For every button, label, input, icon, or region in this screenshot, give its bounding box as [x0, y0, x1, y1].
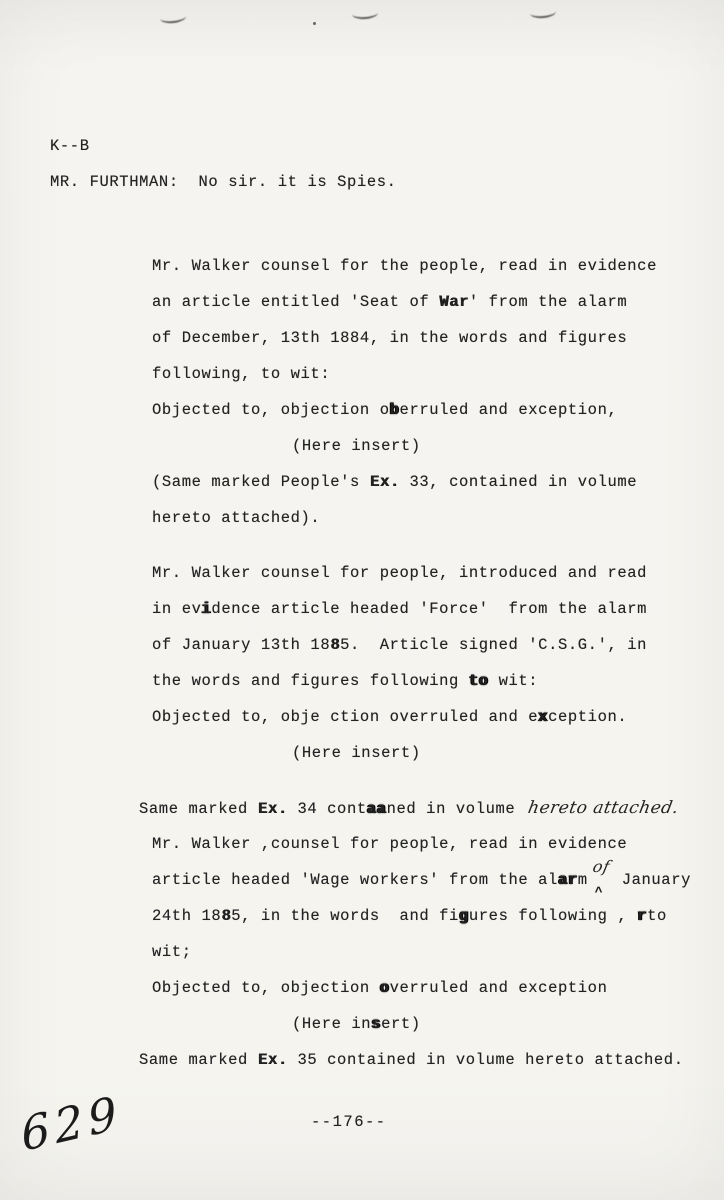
text-line: of December, 13th 1884, in the words and… — [152, 320, 724, 356]
text-line: Same marked Ex. 35 contained in volume h… — [139, 1042, 724, 1078]
handwritten-insertion: of^ — [588, 862, 622, 898]
text-segment: wit: — [489, 672, 539, 690]
text-line: in evidence article headed 'Force' from … — [152, 591, 724, 627]
text-line: (Here insert) — [292, 735, 724, 771]
text-segment: 33, contained in volume — [400, 473, 638, 491]
text-segment: January — [622, 871, 691, 889]
text-segment: s — [371, 1015, 381, 1033]
text-segment: article headed 'Wage workers' from the a… — [152, 871, 558, 889]
text-line: (Here insert) — [292, 428, 724, 464]
text-line: of January 13th 1885. Article signed 'C.… — [152, 627, 724, 663]
text-segment: War — [439, 293, 469, 311]
text-segment: 8 — [221, 907, 231, 925]
text-segment: Same marked — [139, 800, 258, 818]
text-segment: x — [538, 708, 548, 726]
page-number: --176-- — [311, 1104, 387, 1140]
text-segment: Same marked — [139, 1051, 258, 1069]
text-segment: to — [469, 672, 489, 690]
text-segment: MR. FURTHMAN: No sir. it is Spies. — [50, 173, 397, 191]
text-segment: m — [578, 871, 588, 889]
text-segment: 5, in the words and fi — [231, 907, 459, 925]
text-segment: 24th 18 — [152, 907, 221, 925]
text-line: Objected to, objection oberruled and exc… — [152, 392, 724, 428]
text-segment: g — [459, 907, 469, 925]
text-line: wit; — [152, 934, 724, 970]
text-segment: (Same marked People's — [152, 473, 370, 491]
text-segment: an article entitled 'Seat of — [152, 293, 439, 311]
text-segment: in ev — [152, 600, 202, 618]
text-segment: verruled and exception — [390, 979, 608, 997]
text-line: Mr. Walker ,counsel for people, read in … — [152, 826, 724, 862]
text-segment: ar — [558, 871, 578, 889]
text-line: hereto attached). — [152, 500, 724, 536]
text-line: Objected to, objection overruled and exc… — [152, 970, 724, 1006]
text-segment: (Here insert) — [292, 744, 421, 762]
text-segment: K--B — [50, 137, 90, 155]
text-segment: ' from the alarm — [469, 293, 627, 311]
text-segment: Ex. — [258, 1051, 288, 1069]
text-segment: wit; — [152, 943, 192, 961]
text-line: Mr. Walker counsel for people, introduce… — [152, 555, 724, 591]
text-segment: to — [647, 907, 667, 925]
text-segment: Mr. Walker counsel for the people, read … — [152, 257, 657, 275]
text-segment: 35 contained in volume hereto attached. — [288, 1051, 684, 1069]
text-segment: ception. — [548, 708, 627, 726]
text-segment: r — [637, 907, 647, 925]
text-line: (Here insert) — [292, 1006, 724, 1042]
text-segment: following, to wit: — [152, 365, 330, 383]
text-segment: Objected to, objection o — [152, 401, 390, 419]
text-segment: the words and figures following — [152, 672, 469, 690]
text-segment: Ex. — [258, 800, 288, 818]
text-line: K--B — [50, 128, 724, 164]
text-line: the words and figures following to wit: — [152, 663, 724, 699]
text-segment: ert) — [381, 1015, 421, 1033]
text-segment: 34 cont — [288, 800, 367, 818]
text-line: 24th 1885, in the words and figures foll… — [152, 898, 724, 934]
text-line: article headed 'Wage workers' from the a… — [152, 862, 724, 898]
text-segment: ures following , — [469, 907, 637, 925]
caret-mark: ^ — [595, 875, 603, 911]
text-line: Mr. Walker counsel for the people, read … — [152, 248, 724, 284]
text-segment: Objected to, objection — [152, 979, 380, 997]
text-line: MR. FURTHMAN: No sir. it is Spies. — [50, 164, 724, 200]
text-segment: Objected to, obje ction overruled and e — [152, 708, 538, 726]
text-segment: aa — [367, 800, 387, 818]
text-line: an article entitled 'Seat of War' from t… — [152, 284, 724, 320]
handwritten-note: hereto attached. — [525, 790, 682, 826]
text-line: (Same marked People's Ex. 33, contained … — [152, 464, 724, 500]
text-segment: Mr. Walker counsel for people, introduce… — [152, 564, 647, 582]
text-segment: Ex. — [370, 473, 400, 491]
text-segment: erruled and exception, — [400, 401, 618, 419]
text-segment: (Here insert) — [292, 437, 421, 455]
text-segment: dence article headed 'Force' from the al… — [211, 600, 647, 618]
text-segment: i — [202, 600, 212, 618]
ink-speck — [313, 22, 316, 25]
text-segment: of December, 13th 1884, in the words and… — [152, 329, 627, 347]
text-segment: 8 — [330, 636, 340, 654]
text-line: following, to wit: — [152, 356, 724, 392]
handwritten-folio-number: 629 — [18, 1085, 125, 1162]
text-segment: (Here in — [292, 1015, 371, 1033]
text-segment: of January 13th 18 — [152, 636, 330, 654]
text-line: Same marked Ex. 34 contaaned in volume h… — [139, 790, 724, 826]
text-body: K--BMR. FURTHMAN: No sir. it is Spies.Mr… — [0, 0, 724, 1078]
document-page: K--BMR. FURTHMAN: No sir. it is Spies.Mr… — [0, 0, 724, 1200]
text-segment: ned in volume — [387, 800, 526, 818]
text-segment: Mr. Walker ,counsel for people, read in … — [152, 835, 627, 853]
text-segment: hereto attached). — [152, 509, 320, 527]
text-segment: b — [390, 401, 400, 419]
text-line: Objected to, obje ction overruled and ex… — [152, 699, 724, 735]
text-segment: 5. Article signed 'C.S.G.', in — [340, 636, 647, 654]
text-segment: o — [380, 979, 390, 997]
